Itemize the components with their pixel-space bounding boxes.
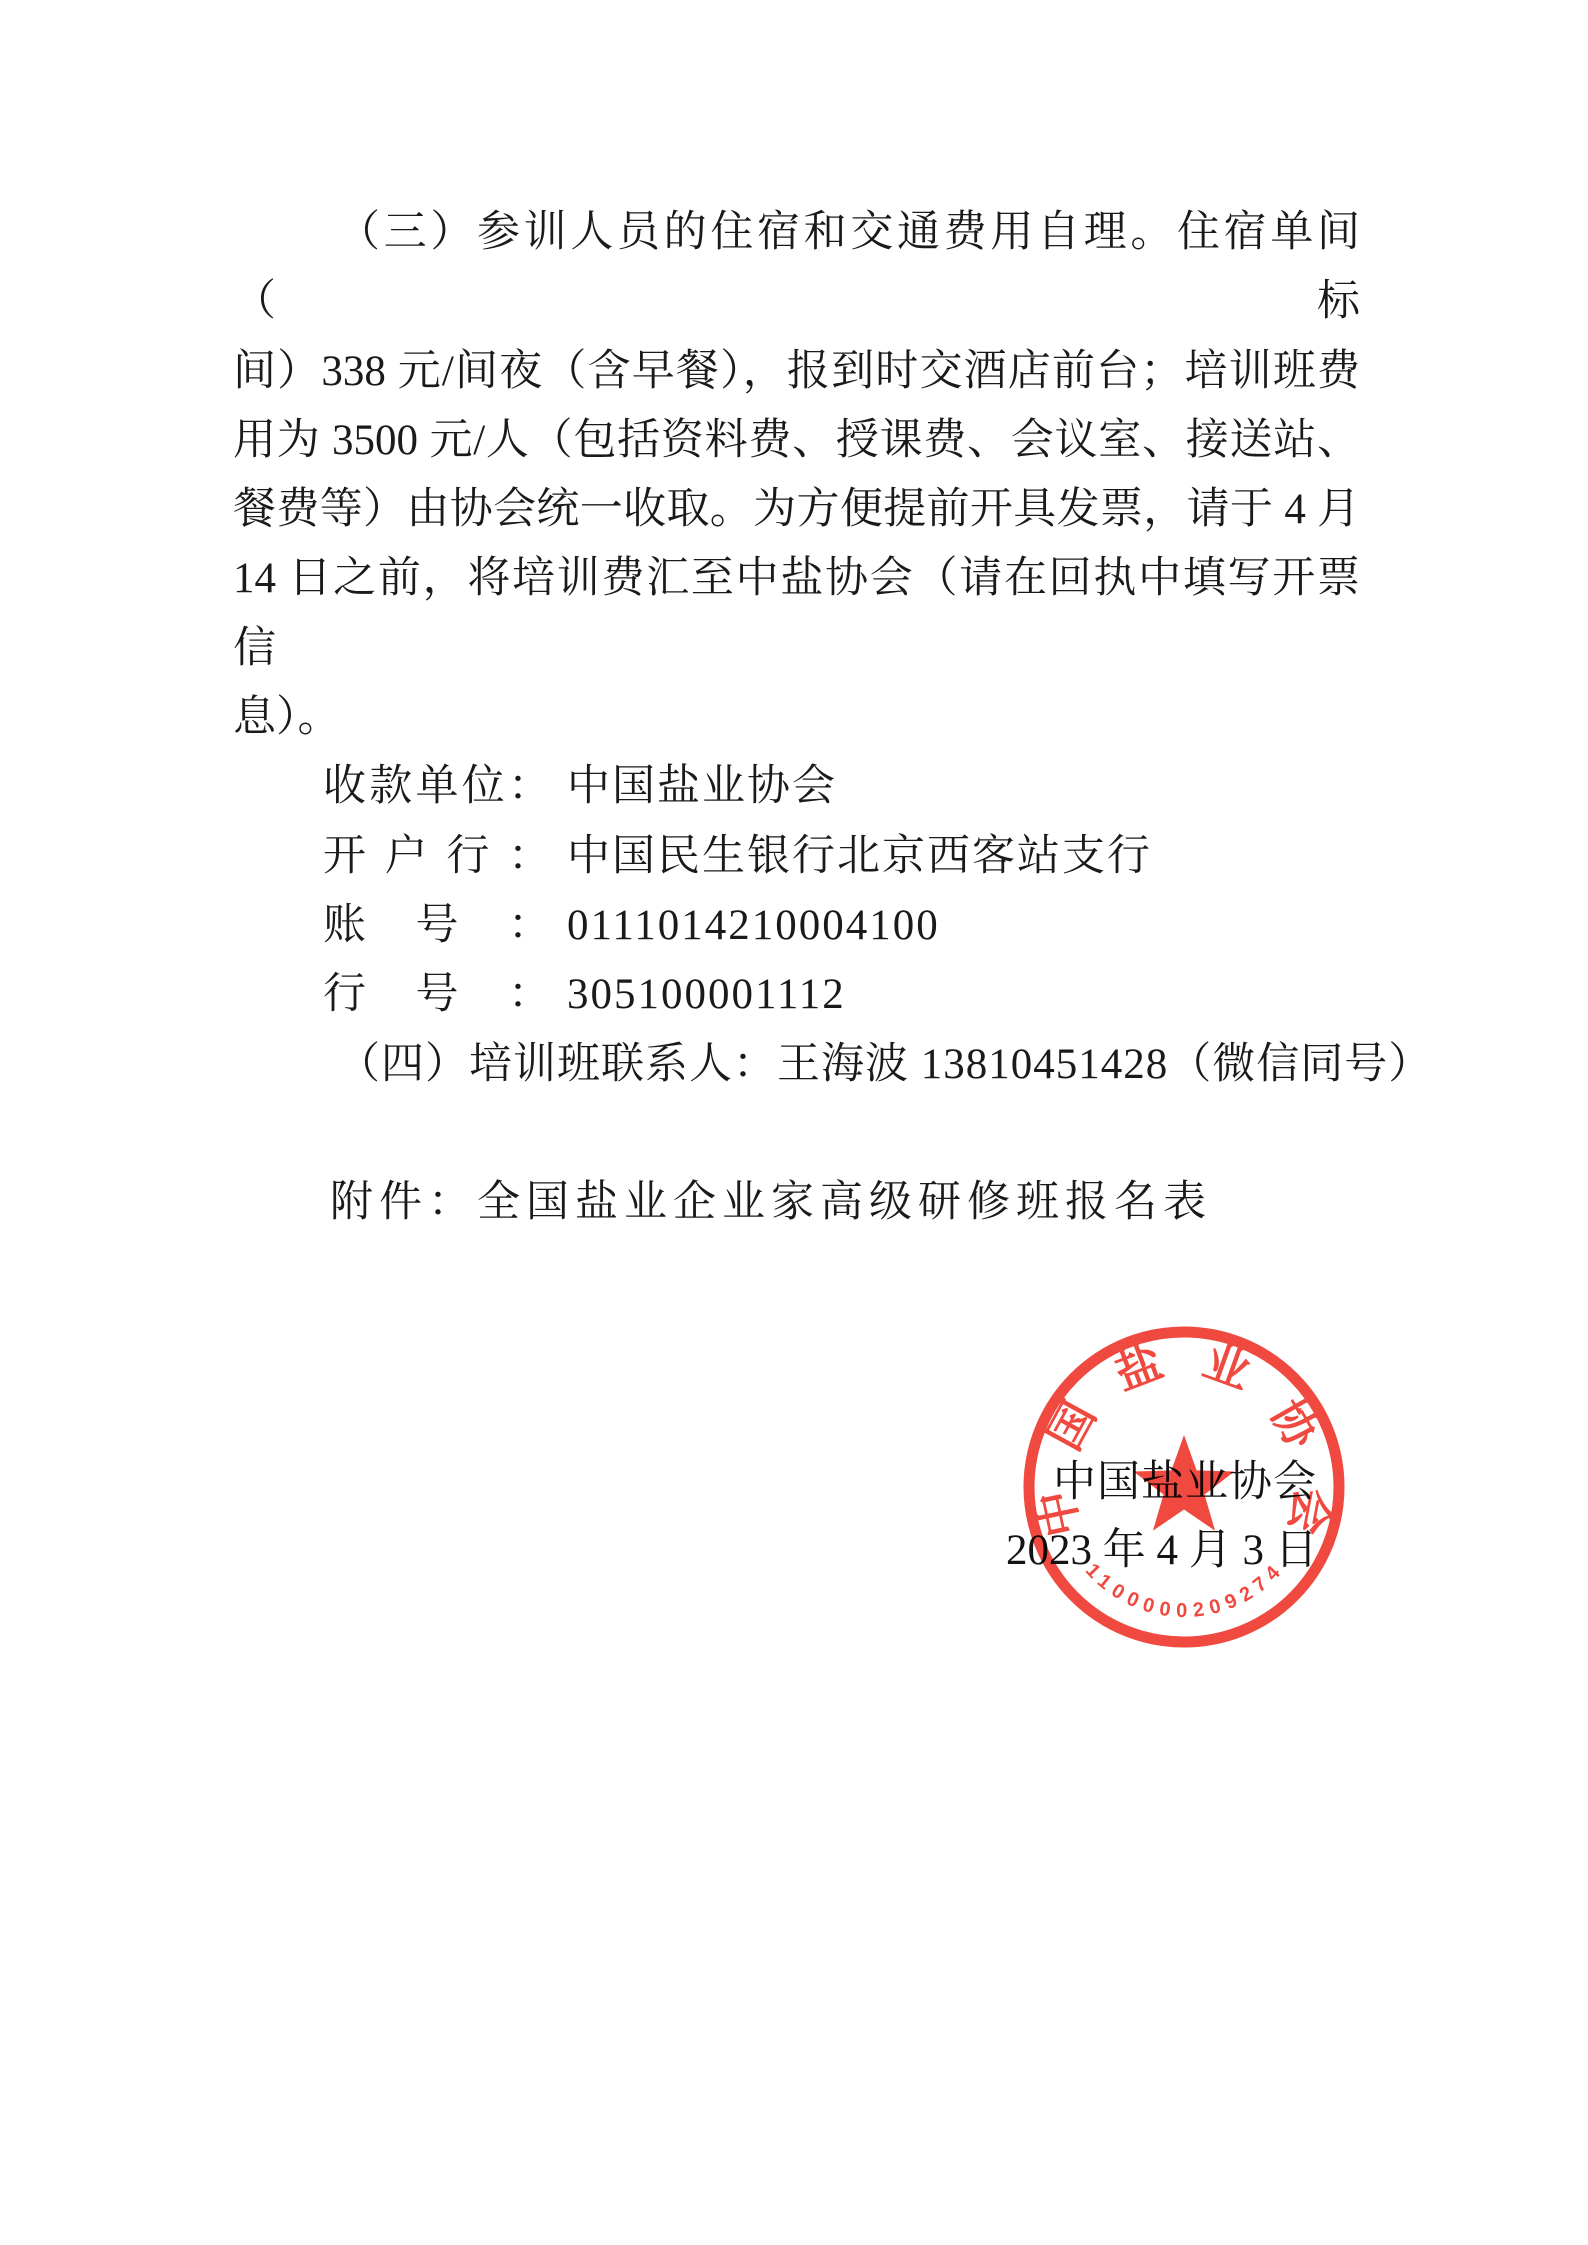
bank-row-payee: 收款单位：中国盐业协会 bbox=[233, 752, 1360, 821]
para-three-line-4: 餐费等）由协会统一收取。为方便提前开具发票，请于 4 月 bbox=[233, 475, 1360, 544]
bank-label-payee: 收款单位： bbox=[323, 752, 551, 821]
bank-label-bank-name: 开户行： bbox=[323, 822, 551, 891]
para-three-line-1: （三）参训人员的住宿和交通费用自理。住宿单间（标 bbox=[233, 198, 1360, 337]
bank-value-bank-name: 中国民生银行北京西客站支行 bbox=[567, 833, 1152, 880]
bank-value-payee: 中国盐业协会 bbox=[567, 763, 837, 810]
bank-value-bank-code: 305100001112 bbox=[567, 971, 846, 1018]
attachment-line: 附件：全国盐业企业家高级研修班报名表 bbox=[233, 1168, 1360, 1237]
bank-row-account-number: 账号：0111014210004100 bbox=[233, 891, 1360, 960]
para-three-line-3: 用为 3500 元/人（包括资料费、授课费、会议室、接送站、 bbox=[233, 406, 1360, 475]
para-three-line-2: 间）338 元/间夜（含早餐），报到时交酒店前台；培训班费 bbox=[233, 337, 1360, 406]
notice-body: （三）参训人员的住宿和交通费用自理。住宿单间（标 间）338 元/间夜（含早餐）… bbox=[233, 198, 1360, 1237]
bank-label-account-number: 账号： bbox=[323, 891, 551, 960]
para-three-line-6: 息）。 bbox=[233, 683, 1360, 752]
blank-line bbox=[233, 1099, 1360, 1168]
seal-star bbox=[1134, 1435, 1235, 1531]
para-four-contact-line: （四）培训班联系人：王海波 13810451428（微信同号） bbox=[233, 1030, 1360, 1099]
bank-value-account-number: 0111014210004100 bbox=[567, 902, 940, 949]
para-three-line-5: 14 日之前，将培训费汇至中盐协会（请在回执中填写开票信 bbox=[233, 544, 1360, 683]
bank-row-bank-code: 行号：305100001112 bbox=[233, 960, 1360, 1029]
official-seal: 中国盐业协会 1100000209274 bbox=[1009, 1312, 1359, 1662]
seal-serial-number: 1100000209274 bbox=[1081, 1559, 1287, 1622]
bank-label-bank-code: 行号： bbox=[323, 960, 551, 1029]
bank-row-bank-name: 开户行：中国民生银行北京西客站支行 bbox=[233, 822, 1360, 891]
svg-text:1100000209274: 1100000209274 bbox=[1081, 1559, 1287, 1622]
document-page: （三）参训人员的住宿和交通费用自理。住宿单间（标 间）338 元/间夜（含早餐）… bbox=[0, 0, 1588, 2245]
